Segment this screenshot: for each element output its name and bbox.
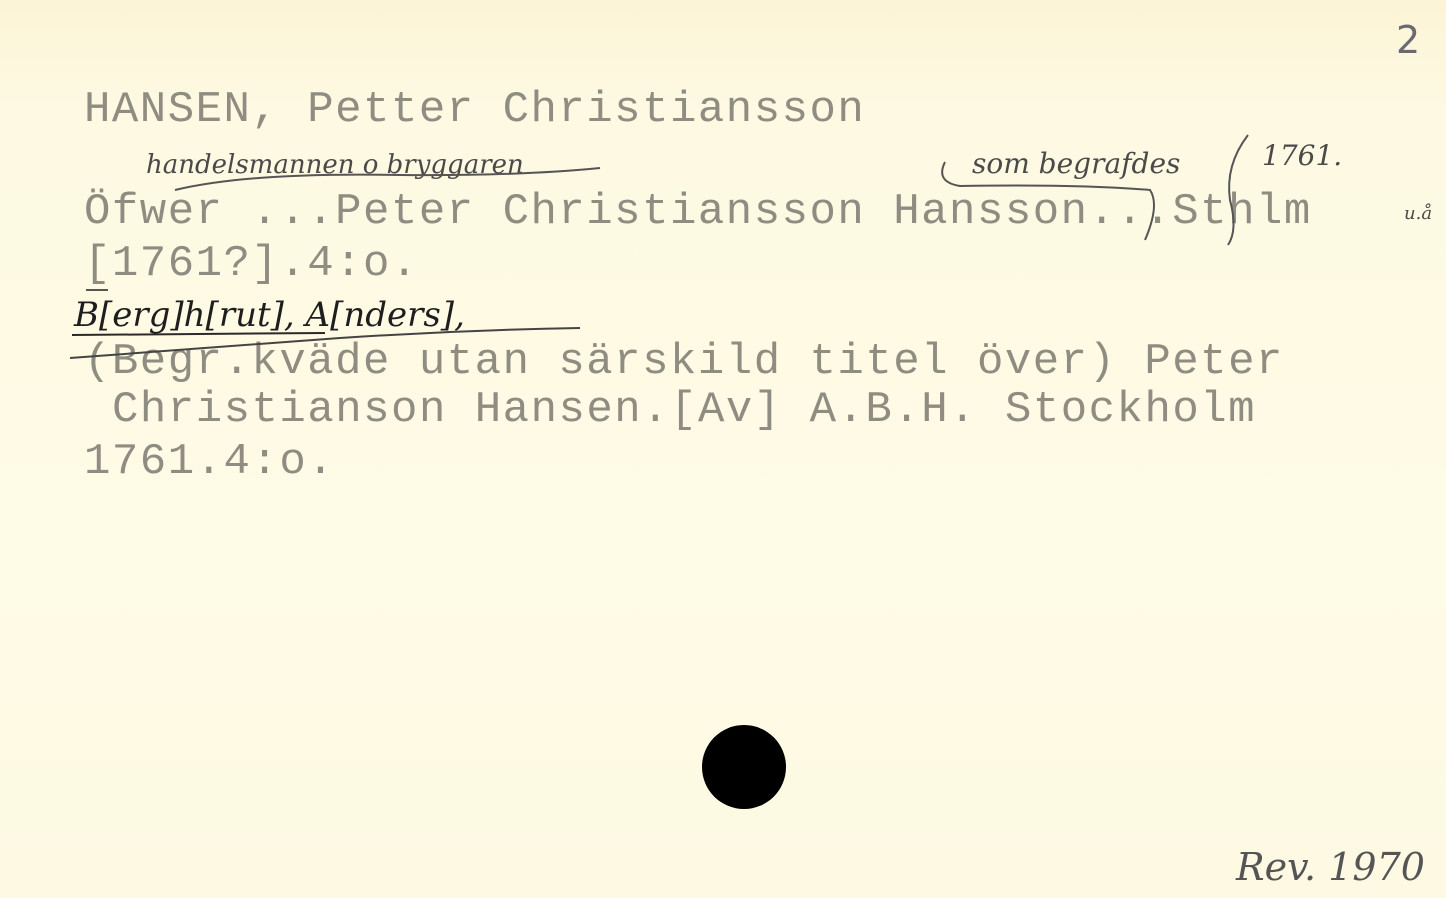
entry2-line2: Christianson Hansen.[Av] A.B.H. Stockhol… xyxy=(112,388,1256,432)
annotation-burial: som begrafdes xyxy=(972,150,1180,178)
card-heading: HANSEN, Petter Christiansson xyxy=(84,88,865,132)
entry1-line1: Öfwer ...Peter Christiansson Hansson...S… xyxy=(84,190,1312,234)
annotation-occupation: handelsmannen o bryggaren xyxy=(146,152,524,178)
revision-note: Rev. 1970 xyxy=(1236,848,1425,886)
card-number: 2 xyxy=(1396,18,1420,62)
annotation-year: 1761. xyxy=(1262,142,1342,170)
catalog-card: 2 HANSEN, Petter Christiansson handelsma… xyxy=(0,0,1446,898)
entry2-line3: 1761.4:o. xyxy=(84,440,335,484)
author-attribution: B[erg]h[rut], A[nders], xyxy=(74,298,465,332)
punch-hole xyxy=(702,725,786,809)
entry2-line1: (Begr.kväde utan särskild titel över) Pe… xyxy=(84,340,1284,384)
entry1-line2: [1761?].4:o. xyxy=(84,242,419,286)
entry1-suffix: u.å xyxy=(1404,205,1432,223)
